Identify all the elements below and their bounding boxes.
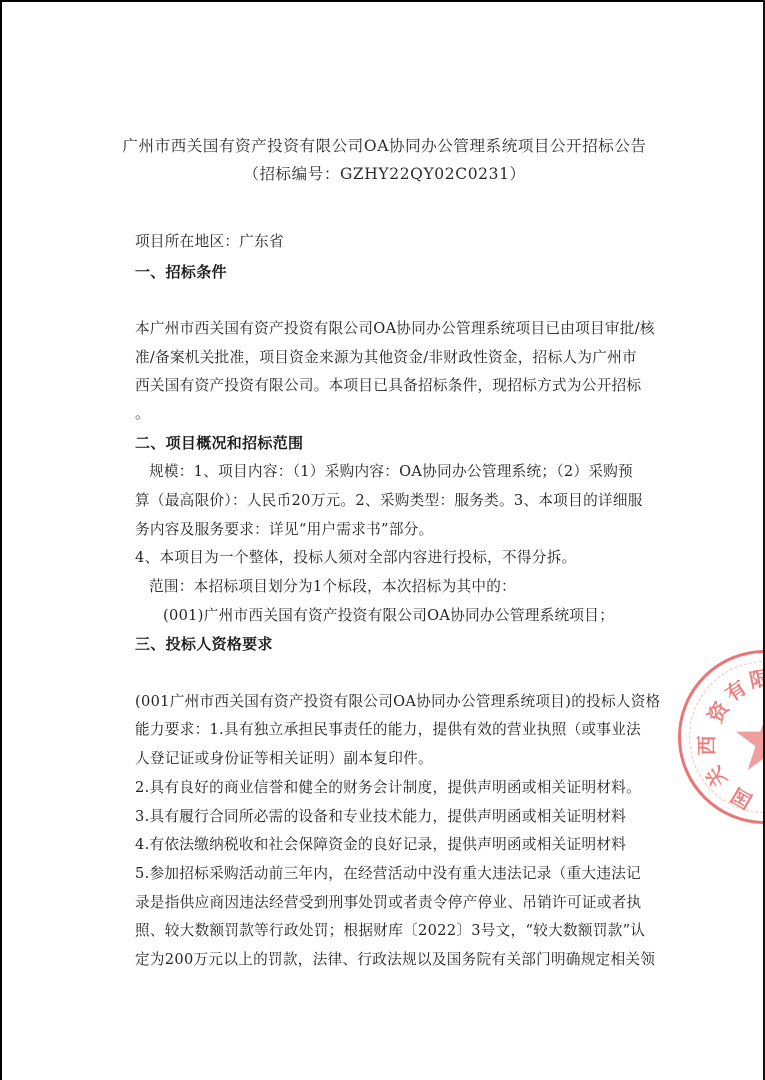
paragraph-line: 3.具有履行合同所必需的设备和专业技术能力，提供声明函或相关证明材料	[135, 808, 626, 826]
paragraph-line: 2.具有良好的商业信誉和健全的财务会计制度，提供声明函或相关证明材料。	[135, 779, 641, 797]
paragraph-line: (001)广州市西关国有资产投资有限公司OA协同办公管理系统项目；	[163, 607, 614, 625]
paragraph-line: 务内容及服务要求：详见“用户需求书”部分。	[135, 521, 434, 539]
paragraph-line: 4、本项目为一个整体，投标人须对全部内容进行投标，不得分拆。	[135, 549, 577, 567]
company-seal-icon: 资 有 限 公 西 关 国	[678, 650, 765, 824]
paragraph-line: (001广州市西关国有资产投资有限公司OA协同办公管理系统项目)的投标人资格	[135, 693, 661, 711]
paragraph-line: 准/备案机关批准，项目资金来源为其他资金/非财政性资金，招标人为广州市	[135, 349, 637, 367]
seal-star-icon	[733, 705, 765, 775]
section-heading-tender-conditions: 一、招标条件	[135, 263, 227, 281]
paragraph-line: 定为200万元以上的罚款，法律、行政法规以及国务院有关部门明确规定相关领	[135, 951, 655, 969]
paragraph-line: 5.参加招标采购活动前三年内，在经营活动中没有重大违法记录（重大违法记	[135, 865, 641, 883]
section-heading-bidder-qualifications: 三、投标人资格要求	[135, 635, 273, 653]
tender-number: （招标编号：GZHY22QY02C0231）	[2, 165, 765, 183]
paragraph-line: 照、较大数额罚款等行政处罚；根据财库〔2022〕3号文，“较大数额罚款”认	[135, 922, 645, 940]
paragraph-line: 范围：本招标项目划分为1个标段，本次招标为其中的：	[149, 578, 516, 596]
document-page: 广州市西关国有资产投资有限公司OA协同办公管理系统项目公开招标公告 （招标编号：…	[0, 0, 765, 1080]
paragraph-line: 西关国有资产投资有限公司。本项目已具备招标条件，现招标方式为公开招标	[135, 377, 641, 395]
paragraph-line: 人登记证或身份证等相关证明）副本复印件。	[135, 750, 433, 768]
paragraph-line: 4.有依法缴纳税收和社会保障资金的良好记录，提供声明函或相关证明材料	[135, 836, 626, 854]
section-heading-project-overview: 二、项目概况和招标范围	[135, 434, 303, 452]
project-region: 项目所在地区：广东省	[135, 233, 284, 251]
document-title: 广州市西关国有资产投资有限公司OA协同办公管理系统项目公开招标公告	[2, 137, 765, 155]
paragraph-line: 。	[135, 405, 150, 423]
paragraph-line: 能力要求：1.具有独立承担民事责任的能力，提供有效的营业执照（或事业法	[135, 721, 641, 739]
paragraph-line: 算（最高限价）：人民币20万元。2、采购类型：服务类。3、本项目的详细服	[135, 492, 643, 510]
paragraph-line: 录是指供应商因违法经营受到刑事处罚或者责令停产停业、吊销许可证或者执	[135, 894, 641, 912]
paragraph-line: 本广州市西关国有资产投资有限公司OA协同办公管理系统项目已由项目审批/核	[135, 320, 655, 338]
paragraph-line: 规模：1、项目内容：（1）采购内容：OA协同办公管理系统；（2）采购预	[149, 463, 633, 481]
seal-char: 西	[691, 736, 720, 756]
